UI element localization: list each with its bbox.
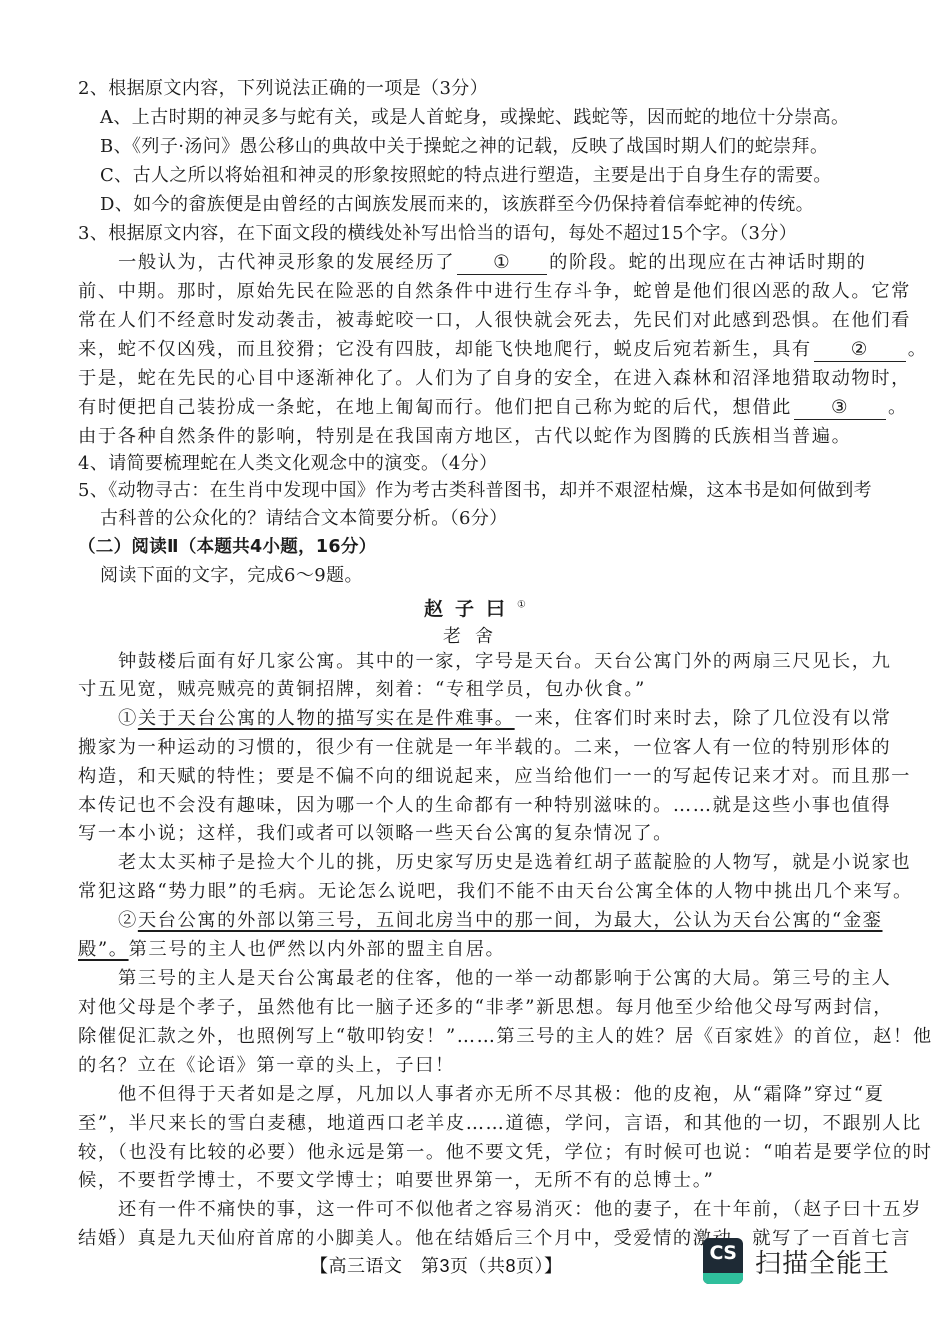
underlined-sentence-2: 天台公寓的外部以第三号，五间北房当中的那一间，为最大，公认为天台公寓的“金銮 bbox=[138, 910, 883, 931]
article-line: 搬家为一种运动的习惯的，很少有一住就是一年半载的。二来，一位客人有一位的特别形体… bbox=[78, 735, 878, 761]
article-line: 常犯这路“势力眼”的毛病。无论怎么说吧，我们不能不由天台公寓全体的人物中挑出几个… bbox=[78, 879, 878, 905]
question-2-option-b: B、《列子·汤问》愚公移山的典故中关于操蛇之神的记载，反映了战国时期人们的蛇崇拜… bbox=[100, 134, 900, 160]
article-line: 寸五见宽，贼亮贼亮的黄铜招牌，刻着：“专租学员，包办伙食。” bbox=[78, 677, 878, 703]
blank-3[interactable]: ③ bbox=[794, 397, 886, 420]
underlined-sentence-2-end: 殿”。 bbox=[78, 939, 129, 960]
scanner-watermark: CS 扫描全能王 bbox=[703, 1238, 890, 1284]
article-text: 第三号的主人也俨然以内外部的盟主自居。 bbox=[129, 939, 506, 960]
question-4-stem: 4、请简要梳理蛇在人类文化观念中的演变。（4分） bbox=[78, 451, 878, 477]
article-line: 的名？立在《论语》第一章的头上，子曰！ bbox=[78, 1053, 878, 1079]
logo-text: CS bbox=[703, 1242, 743, 1264]
article-line: 较，（也没有比较的必要）他永远是第一。他不要文凭，学位；有时候可也说：“咱若是要… bbox=[78, 1140, 878, 1166]
exam-page: 2、根据原文内容，下列说法正确的一项是（3分） A、上古时期的神灵多与蛇有关，或… bbox=[0, 0, 950, 1322]
underlined-sentence-1: 关于天台公寓的人物的描写实在是件难事。 bbox=[138, 708, 515, 729]
question-3-passage-line-1: 一般认为，古代神灵形象的发展经历了①的阶段。蛇的出现应在古神话时期的 bbox=[118, 250, 918, 276]
article-line: 除催促汇款之外，也照例写上“敬叩钧安！”……第三号的主人的姓？居《百家姓》的首位… bbox=[78, 1024, 878, 1050]
article-line: 对他父母是个孝子，虽然他有比一脑子还多的“非孝”新思想。每月他至少给他父母写两封… bbox=[78, 995, 878, 1021]
article-line: 还有一件不痛快的事，这一件可不似他者之容易消灭：他的妻子，在十年前，（赵子曰十五… bbox=[118, 1197, 918, 1223]
question-3-passage-line-6: 有时便把自己装扮成一条蛇，在地上匍匐而行。他们把自己称为蛇的后代，想借此③。 bbox=[78, 395, 878, 421]
article-line: 写一本小说；这样，我们或者可以领略一些天台公寓的复杂情况了。 bbox=[78, 821, 878, 847]
passage-text: 一般认为，古代神灵形象的发展经历了 bbox=[118, 252, 455, 273]
blank-1[interactable]: ① bbox=[457, 252, 547, 275]
article-line: ①关于天台公寓的人物的描写实在是件难事。一来，住客们时来时去，除了几位没有以常 bbox=[118, 706, 918, 732]
article-line: ②天台公寓的外部以第三号，五间北房当中的那一间，为最大，公认为天台公寓的“金銮 bbox=[118, 908, 918, 934]
question-3-passage-line-5: 于是，蛇在先民的心目中逐渐神化了。人们为了自身的安全，在进入森林和沼泽地猎取动物… bbox=[78, 366, 878, 392]
question-2-option-d: D、如今的畲族便是由曾经的古闽族发展而来的，该族群至今仍保持着信奉蛇神的传统。 bbox=[100, 192, 900, 218]
article-line: 第三号的主人是天台公寓最老的住客，他的一举一动都影响于公寓的大局。第三号的主人 bbox=[118, 966, 918, 992]
article-line: 构造，和天赋的特性；要是不偏不向的细说起来，应当给他们一一的写起传记来才对。而且… bbox=[78, 764, 878, 790]
passage-text: 。 bbox=[908, 339, 928, 360]
question-3-passage-line-4: 来，蛇不仅凶残，而且狡猾；它没有四肢，却能飞快地爬行，蜕皮后宛若新生，具有②。 bbox=[78, 337, 878, 363]
question-3-stem: 3、根据原文内容，在下面文段的横线处补写出恰当的语句，每处不超过15个字。（3分… bbox=[78, 221, 878, 247]
article-line: 本传记也不会没有趣味，因为哪一个人的生命都有一种特别滋味的。……就是这些小事也值… bbox=[78, 793, 878, 819]
camscanner-logo-icon: CS bbox=[703, 1238, 743, 1284]
passage-text: 有时便把自己装扮成一条蛇，在地上匍匐而行。他们把自己称为蛇的后代，想借此 bbox=[78, 397, 792, 418]
article-title-text: 赵子曰 bbox=[424, 598, 517, 620]
article-title: 赵子曰① bbox=[0, 594, 950, 621]
logo-accent-bar bbox=[703, 1273, 743, 1284]
article-line: 候，不要哲学博士，不要文学博士；咱要世界第一，无所不有的总博士。” bbox=[78, 1168, 878, 1194]
passage-text: 来，蛇不仅凶残，而且狡猾；它没有四肢，却能飞快地爬行，蜕皮后宛若新生，具有 bbox=[78, 339, 812, 360]
article-line: 钟鼓楼后面有好几家公寓。其中的一家，字号是天台。天台公寓门外的两扇三尺见长，九 bbox=[118, 649, 918, 675]
article-line: 殿”。第三号的主人也俨然以内外部的盟主自居。 bbox=[78, 937, 878, 963]
article-author: 老舍 bbox=[0, 622, 950, 648]
question-3-passage-line-3: 常在人们不经意时发动袭击，被毒蛇咬一口，人很快就会死去，先民们对此感到恐惧。在他… bbox=[78, 308, 878, 334]
question-2-option-c: C、古人之所以将始祖和神灵的形象按照蛇的特点进行塑造，主要是出于自身生存的需要。 bbox=[100, 163, 900, 189]
article-line: 老太太买柿子是捡大个儿的挑，历史家写历史是选着红胡子蓝靛脸的人物写，就是小说家也 bbox=[118, 850, 918, 876]
passage-text: 。 bbox=[888, 397, 908, 418]
page-number-footer: 【高三语文 第3页（共8页）】 bbox=[310, 1252, 563, 1278]
title-footnote-marker: ① bbox=[517, 600, 526, 611]
question-5-stem-line-2: 古科普的公众化的？请结合文本简要分析。（6分） bbox=[100, 506, 900, 532]
sentence-marker-2: ② bbox=[118, 910, 138, 931]
question-3-passage-line-7: 由于各种自然条件的影响，特别是在我国南方地区，古代以蛇作为图腾的氏族相当普遍。 bbox=[78, 424, 878, 450]
blank-2[interactable]: ② bbox=[814, 339, 906, 362]
watermark-app-name: 扫描全能王 bbox=[755, 1243, 890, 1280]
sentence-marker-1: ① bbox=[118, 708, 138, 729]
section-2-instruction: 阅读下面的文字，完成6～9题。 bbox=[100, 563, 900, 589]
question-5-stem-line-1: 5、《动物寻古：在生肖中发现中国》作为考古类科普图书，却并不艰涩枯燥，这本书是如… bbox=[78, 478, 878, 504]
article-text: 一来，住客们时来时去，除了几位没有以常 bbox=[515, 708, 892, 729]
question-3-passage-line-2: 前、中期。那时，原始先民在险恶的自然条件中进行生存斗争，蛇曾是他们很凶恶的敌人。… bbox=[78, 279, 878, 305]
article-line: 他不但得于天者如是之厚，凡加以人事者亦无所不尽其极：他的皮袍，从“霜降”穿过“夏 bbox=[118, 1082, 918, 1108]
question-2-option-a: A、上古时期的神灵多与蛇有关，或是人首蛇身，或操蛇、践蛇等，因而蛇的地位十分崇高… bbox=[100, 105, 900, 131]
section-2-heading: （二）阅读Ⅱ（本题共4小题，16分） bbox=[78, 534, 878, 560]
article-line: 至”，半尺来长的雪白麦穗，地道西口老羊皮……道德，学问，言语，和其他的一切，不跟… bbox=[78, 1111, 878, 1137]
passage-text: 的阶段。蛇的出现应在古神话时期的 bbox=[549, 252, 866, 273]
question-2-stem: 2、根据原文内容，下列说法正确的一项是（3分） bbox=[78, 76, 878, 102]
